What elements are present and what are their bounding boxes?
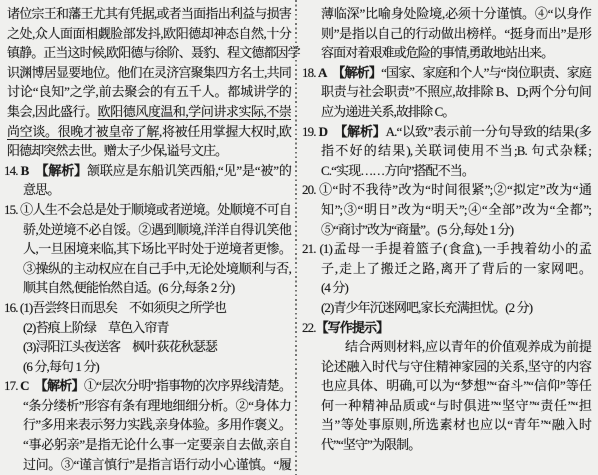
text-segment: 19. — [302, 124, 319, 139]
text-line: ⑤“商讨”改为“商量”。(5 分,每处 1 分) — [302, 220, 591, 240]
text-segment: 之处,众人面面相觑脸部发抖,欧阳德却神态自然,十分 — [7, 26, 291, 41]
text-segment: 意思。 — [23, 182, 59, 197]
left-column: 诸位宗王和藩王尤其有凭据,或者当面指出利益与损害之处,众人面面相觑脸部发抖,欧阳… — [4, 4, 291, 474]
text-line: 薄临深”比喻身处险境,必须十分谨慎。④“以身作 — [302, 4, 591, 24]
text-line: 14. B 【解析】颔联应是东船讥笑西船,“见”是“被”的 — [4, 161, 291, 181]
text-segment: 人,一旦困境来临,其下场比平时处于逆境者更惨。 — [23, 241, 291, 256]
text-line: (4 分) — [302, 278, 591, 298]
text-line: (3)浔阳江头夜送客 枫叶荻花秋瑟瑟 — [4, 337, 291, 357]
text-line: 指不好的结果),关联词使用不当;B. 句式杂糅; — [302, 141, 591, 161]
column-divider — [295, 0, 297, 475]
bold-text: 【解析】 — [41, 378, 84, 393]
text-line: 21. (1)孟母一手提着篮子(食盒),一手拽着幼小的孟 — [302, 239, 591, 259]
text-line: 骄,处逆境不必自馁。②遇到顺境,洋洋自得讥笑他 — [4, 220, 291, 240]
text-line: 行”多用来表示努力实践,亲身体验。多用作褒义。 — [4, 415, 291, 435]
text-segment: 容面对着艰难或危险的事情,勇敢地站出来。 — [321, 45, 553, 60]
text-line: 容面对着艰难或危险的事情,勇敢地站出来。 — [302, 43, 591, 63]
text-segment: 何一种精神品质或“与时俱进”“坚守”“责任”“担 — [321, 398, 591, 413]
text-line: ③操纵的主动权应在自己手中,无论处境顺利与否, — [4, 259, 291, 279]
text-line: 子,走上了搬迁之路,离开了背后的一家网吧。 — [302, 259, 591, 279]
text-segment: 阳德却突然去世。赠太子少保,谥号文庄。 — [7, 143, 227, 158]
text-segment: “事必躬亲”是指无论什么事一定要亲自去做,亲自 — [23, 437, 291, 452]
text-segment: 指不好的结果),关联词使用不当;B. 句式杂糅; — [321, 143, 591, 158]
text-segment: 20. ①“时不我待”改为“时间很紧”;②“拟定”改为“通 — [302, 182, 591, 197]
right-column: 薄临深”比喻身处险境,必须十分谨慎。④“以身作则”是指以自己的行动做出榜样。“挺… — [302, 4, 591, 455]
text-line: 当”等处事原则,所选素材也应以“青年”“融入时 — [302, 415, 591, 435]
text-line: 意思。 — [4, 180, 291, 200]
underlined-text: 尚空谈。很晚才被皇帝了解 — [7, 124, 159, 139]
text-line: 之处,众人面面相觑脸部发抖,欧阳德却神态自然,十分 — [4, 24, 291, 44]
text-line: 讨论“良知”之学,前去聚会的有五千人。都城讲学的 — [4, 82, 291, 102]
text-segment: 15. ①人生不会总是处于顺境或者逆境。处顺境不可自 — [4, 202, 291, 217]
text-line: 尚空谈。很晚才被皇帝了解,将被任用掌握大权时,欧 — [4, 122, 291, 142]
text-segment: 当”等处事原则,所选素材也应以“青年”“融入时 — [321, 417, 591, 432]
text-segment: ,将被任用掌握大权时,欧 — [159, 124, 291, 139]
text-segment: 识渊博居显要地位。他们在灵济宫聚集四方名士,共同 — [7, 65, 291, 80]
text-segment: 子,走上了搬迁之路,离开了背后的一家网吧。 — [321, 261, 591, 276]
text-line: 何一种精神品质或“与时俱进”“坚守”“责任”“担 — [302, 396, 591, 416]
text-segment: (6 分,每句 1 分) — [23, 359, 99, 374]
text-segment: “国家、家庭和个人”与“岗位职责、家庭 — [381, 65, 591, 80]
text-segment: ⑤“商讨”改为“商量”。(5 分,每处 1 分) — [321, 222, 513, 237]
text-segment: 18. — [302, 65, 318, 80]
text-segment: 集会,因此盛行。 — [7, 104, 98, 119]
text-line: 过问。③“谨言慎行”是指言语行动小心谨慎。“履 — [4, 455, 291, 475]
bold-text: C — [20, 378, 29, 393]
text-segment: 颔联应是东船讥笑西船,“见”是“被”的 — [87, 163, 291, 178]
text-segment: ①“层次分明”指事物的次序界线清楚。 — [84, 378, 291, 393]
text-line: 也应具体、明确,可以为“梦想”“奋斗”“信仰”等任 — [302, 376, 591, 396]
text-segment — [28, 163, 42, 178]
text-line: 人,一旦困境来临,其下场比平时处于逆境者更惨。 — [4, 239, 291, 259]
underlined-text: 欧阳德风度温和,学问讲求实际,不崇 — [98, 104, 291, 119]
text-segment: 顺其自然,便能怡然自适。(6 分,每条 2 分) — [23, 280, 234, 295]
text-segment: 也应具体、明确,可以为“梦想”“奋斗”“信仰”等任 — [321, 378, 591, 393]
text-line: 20. ①“时不我待”改为“时间很紧”;②“拟定”改为“通 — [302, 180, 591, 200]
text-line: 诸位宗王和藩王尤其有凭据,或者当面指出利益与损害 — [4, 4, 291, 24]
text-line: 15. ①人生不会总是处于顺境或者逆境。处顺境不可自 — [4, 200, 291, 220]
text-segment: 诸位宗王和藩王尤其有凭据,或者当面指出利益与损害 — [7, 6, 291, 21]
text-segment: 17. — [4, 378, 20, 393]
bold-text: 【解析】 — [339, 65, 381, 80]
text-segment: 过问。③“谨言慎行”是指言语行动小心谨慎。“履 — [23, 457, 291, 472]
text-segment: 结合两则材料,应以青年的价值观养成为前提 — [345, 339, 591, 354]
text-line: 18. A 【解析】“国家、家庭和个人”与“岗位职责、家庭 — [302, 63, 591, 83]
text-line: 16. (1)吾尝终日而思矣 不如须臾之所学也 — [4, 298, 291, 318]
text-line: 知”;③“明日”改为“明天”;④“全部”改为“全都”; — [302, 200, 591, 220]
text-line: 识渊博居显要地位。他们在灵济宫聚集四方名士,共同 — [4, 63, 291, 83]
text-segment — [29, 378, 42, 393]
text-segment: 行”多用来表示努力实践,亲身体验。多用作褒义。 — [23, 417, 291, 432]
text-line: 17. C 【解析】①“层次分明”指事物的次序界线清楚。 — [4, 376, 291, 396]
text-line: 应为递进关系,故排除 C。 — [302, 102, 591, 122]
text-line: “条分缕析”形容有条有理地细细分析。②“身体力 — [4, 396, 291, 416]
text-line: 结合两则材料,应以青年的价值观养成为前提 — [302, 337, 591, 357]
text-line: 集会,因此盛行。欧阳德风度温和,学问讲求实际,不崇 — [4, 102, 291, 122]
text-segment: ③操纵的主动权应在自己手中,无论处境顺利与否, — [23, 261, 291, 276]
text-line: 22.【写作提示】 — [302, 318, 591, 338]
bold-text: A — [318, 65, 327, 80]
text-segment: 职责与社会职责”不照应,故排除 B、D;两个分句间 — [321, 84, 591, 99]
answer-key-page: 诸位宗王和藩王尤其有凭据,或者当面指出利益与损害之处,众人面面相觑脸部发抖,欧阳… — [0, 0, 598, 475]
text-line: 论述融入时代与守住精神家园的关系,坚守的内容 — [302, 357, 591, 377]
text-line: 则”是指以自己的行动做出榜样。“挺身而出”是形 — [302, 24, 591, 44]
text-line: “事必躬亲”是指无论什么事一定要亲自去做,亲自 — [4, 435, 291, 455]
text-segment: 骄,处逆境不必自馁。②遇到顺境,洋洋自得讥笑他 — [23, 222, 291, 237]
text-segment: 论述融入时代与守住精神家园的关系,坚守的内容 — [321, 359, 591, 374]
text-line: (6 分,每句 1 分) — [4, 357, 291, 377]
text-line: 19. D 【解析】A.“以致”表示前一分句导致的结果(多 — [302, 122, 591, 142]
text-segment: 知”;③“明日”改为“明天”;④“全部”改为“全都”; — [321, 202, 591, 217]
text-line: 镇静。正当这时候,欧阳德与徐阶、聂豹、程文德都因学 — [4, 43, 291, 63]
text-segment: 镇静。正当这时候,欧阳德与徐阶、聂豹、程文德都因学 — [7, 45, 300, 60]
text-segment: 22. — [302, 320, 316, 335]
text-line: 阳德却突然去世。赠太子少保,谥号文庄。 — [4, 141, 291, 161]
bold-text: 【解析】 — [341, 124, 386, 139]
text-segment: 则”是指以自己的行动做出榜样。“挺身而出”是形 — [321, 26, 591, 41]
bold-text: 【写作提示】 — [316, 320, 389, 335]
bold-text: D — [319, 124, 328, 139]
text-segment — [327, 65, 339, 80]
text-segment: (2)青少年沉迷网吧,家长充满担忧。(2 分) — [321, 300, 532, 315]
text-segment: 21. (1)孟母一手提着篮子(食盒),一手拽着幼小的孟 — [302, 241, 591, 256]
text-line: 代”“坚守”为限制。 — [302, 435, 591, 455]
text-line: 顺其自然,便能怡然自适。(6 分,每条 2 分) — [4, 278, 291, 298]
text-line: 职责与社会职责”不照应,故排除 B、D;两个分句间 — [302, 82, 591, 102]
text-segment: C.“实现……方向”搭配不当。 — [321, 163, 474, 178]
text-segment: (4 分) — [321, 280, 348, 295]
text-segment: (2)苔痕上阶绿 草色入帘青 — [23, 320, 169, 335]
text-segment — [327, 124, 341, 139]
text-line: C.“实现……方向”搭配不当。 — [302, 161, 591, 181]
text-segment: 14. — [4, 163, 21, 178]
text-segment: 应为递进关系,故排除 C。 — [321, 104, 454, 119]
text-segment: 16. (1)吾尝终日而思矣 不如须臾之所学也 — [4, 300, 226, 315]
text-segment: A.“以致”表示前一分句导致的结果(多 — [386, 124, 591, 139]
text-segment: “条分缕析”形容有条有理地细细分析。②“身体力 — [23, 398, 291, 413]
text-segment: 讨论“良知”之学,前去聚会的有五千人。都城讲学的 — [7, 84, 291, 99]
text-segment: 代”“坚守”为限制。 — [321, 437, 420, 452]
text-segment: (3)浔阳江头夜送客 枫叶荻花秋瑟瑟 — [23, 339, 217, 354]
text-line: (2)苔痕上阶绿 草色入帘青 — [4, 318, 291, 338]
text-segment: 薄临深”比喻身处险境,必须十分谨慎。④“以身作 — [321, 6, 591, 21]
text-line: (2)青少年沉迷网吧,家长充满担忧。(2 分) — [302, 298, 591, 318]
bold-text: 【解析】 — [42, 163, 87, 178]
